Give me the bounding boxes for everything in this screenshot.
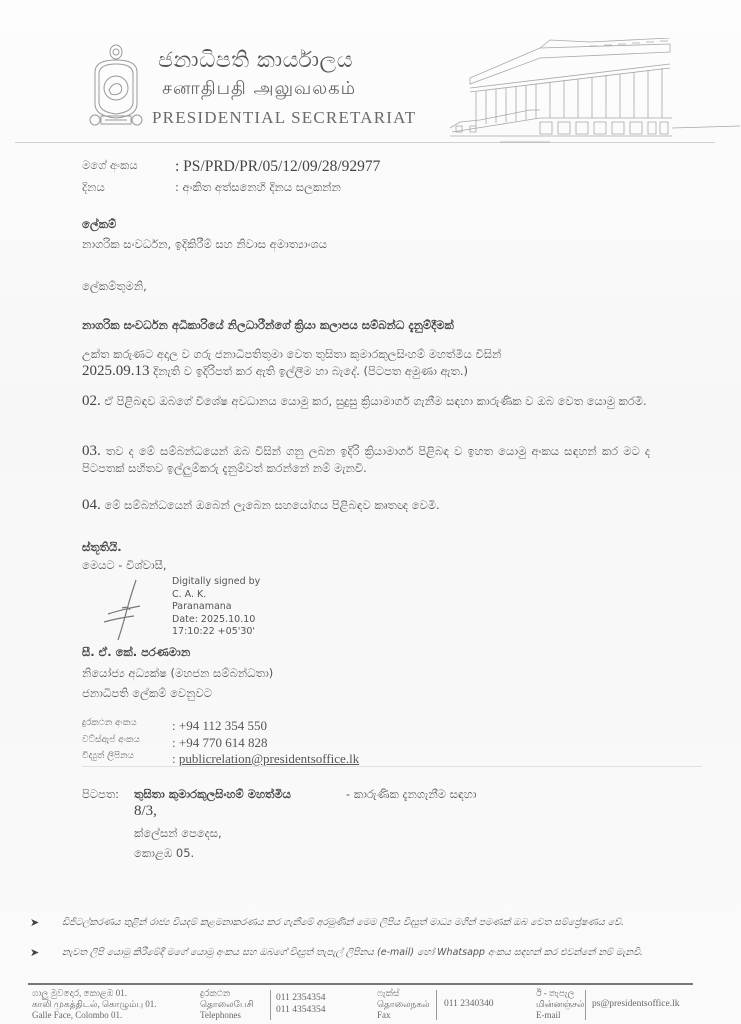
- contact-phone-row: දුරකථන අංකය : +94 112 354 550: [82, 718, 267, 734]
- copy-address-line-2: ක්ලේසන් පෙදෙස,: [134, 826, 222, 841]
- reference-label: මගේ අංකය: [82, 158, 175, 176]
- footer-note-1: ➤ ඩිජිටල්කරණය තුළින් රාජ්‍ය වියදම් කළමනා…: [30, 916, 710, 930]
- footer-address: ගාලු මුවදොර, කොළඹ 01. காலி முகத்திடல், க…: [32, 988, 157, 1021]
- copy-address-line-1: 8/3,: [134, 803, 157, 820]
- date-row: දිනය : අංකිත අත්සනෙහි දිනය සලකන්න: [82, 180, 341, 195]
- footer-telephone-labels: දුරකථන தொலைபேசி Telephones: [200, 988, 254, 1021]
- signature-mark-icon: [100, 578, 150, 643]
- signatory-position: නියෝජ්‍ය අධ්‍යක්ෂ (මහජන සම්බන්ධතා): [82, 666, 273, 681]
- paragraph-2: 02. ඒ පිළිබඳව ඔබගේ විශේෂ අවධානය යොමු කර,…: [82, 393, 650, 410]
- footer-telephone-label-tamil: தொலைபேசி: [200, 999, 254, 1010]
- contact-whatsapp-value: : +94 770 614 828: [172, 735, 267, 751]
- salutation: ලේකම්තුමනි,: [82, 279, 147, 294]
- footer-fax-label-sinhala: ෆැක්ස්: [377, 988, 430, 999]
- footer-fax: 011 2340340: [444, 999, 494, 1010]
- digital-signature-line-4: Date: 2025.10.10: [172, 614, 260, 627]
- arrow-bullet-icon: ➤: [30, 946, 62, 960]
- sri-lanka-emblem-icon: [85, 42, 147, 130]
- paragraph-1-line-1: උක්ත කරුණට අදාල ව ගරු ජනාධිපතිතුමා වෙත ත…: [82, 347, 501, 361]
- footer-fax-labels: ෆැක්ස් தொலைநகல் Fax: [377, 988, 430, 1021]
- contact-email-row: විද්‍යුත් ලිපිනය : publicrelation@presid…: [82, 751, 359, 767]
- date-value: : අංකිත අත්සනෙහි දිනය සලකන්න: [175, 180, 341, 195]
- arrow-bullet-icon: ➤: [30, 916, 62, 930]
- footer-address-english: Galle Face, Colombo 01.: [32, 1010, 157, 1021]
- contact-email-link[interactable]: publicrelation@presidentsoffice.lk: [179, 751, 359, 766]
- paragraph-1-line-2: දිනැති ව ඉදිරිපත් කර ඇති ඉල්ලීම හා බැදේ.…: [153, 364, 468, 378]
- footer-email-label-english: E-mail: [536, 1010, 584, 1021]
- footer-brace: [270, 990, 275, 1020]
- paragraph-4-text: මේ සම්බන්ධයෙන් ඔබෙන් ලැබෙන සහයෝගය පිළිබඳ…: [104, 498, 439, 512]
- recipient-title: ලේකම්: [82, 217, 116, 232]
- contact-email-value: : publicrelation@presidentsoffice.lk: [172, 751, 359, 767]
- digital-signature-line-1: Digitally signed by: [172, 576, 260, 589]
- footer-note-1-text: ඩිජිටල්කරණය තුළින් රාජ්‍ය වියදම් කළමනාකර…: [62, 916, 710, 930]
- footer-brace: [585, 990, 590, 1020]
- paragraph-1-date: 2025.09.13: [82, 363, 150, 379]
- footer-email-labels: ඊ - තැපැල மின்னஞ்சல் E-mail: [536, 988, 584, 1021]
- copy-address-line-3: කොළඹ 05.: [134, 846, 194, 861]
- closing-thanks: ස්තූතියි.: [82, 540, 122, 555]
- footer-note-2: ➤ නැවත ලිපි යොමු කිරීමේදී මගේ යොමු අංකය …: [30, 946, 710, 960]
- contact-phone-value: : +94 112 354 550: [172, 718, 267, 734]
- footer-telephone-1: 011 2354354: [276, 993, 326, 1004]
- digital-signature-line-2: C. A. K.: [172, 589, 260, 602]
- subject-line: නාගරික සංවර්ධන අධිකාරියේ නිලධාරීන්ගේ ක්‍…: [82, 318, 454, 333]
- digital-signature-block: Digitally signed by C. A. K. Paranamana …: [172, 576, 260, 639]
- contact-email-prefix: :: [172, 751, 179, 766]
- footer-telephone-label-english: Telephones: [200, 1010, 254, 1021]
- presidential-secretariat-building-icon: [440, 38, 740, 148]
- footer-fax-label-tamil: தொலைநகல்: [377, 999, 430, 1010]
- digital-signature-line-5: 17:10:22 +05'30': [172, 626, 260, 639]
- paragraph-1: උක්ත කරුණට අදාල ව ගරු ජනාධිපතිතුමා වෙත ත…: [82, 346, 650, 380]
- footer-telephone-label-sinhala: දුරකථන: [200, 988, 254, 999]
- paragraph-2-text: ඒ පිළිබඳව ඔබගේ විශේෂ අවධානය යොමු කර, සුද…: [104, 394, 646, 408]
- paragraph-2-number: 02.: [82, 393, 101, 409]
- reference-row: මගේ අංකය : PS/PRD/PR/05/12/09/28/92977: [82, 158, 380, 176]
- footer-brace: [436, 990, 441, 1020]
- footer-divider: [28, 983, 693, 985]
- footer-email[interactable]: ps@presidentsoffice.lk: [592, 999, 679, 1010]
- paragraph-3: 03. තව ද මේ සම්බන්ධයෙන් ඔබ විසින් ගනු ලබ…: [82, 443, 650, 477]
- footer-telephone-2: 011 4354354: [276, 1005, 326, 1016]
- copy-label: පිටපත:: [82, 787, 119, 802]
- footer-address-tamil: காலி முகத்திடல், கொழும்பு 01.: [32, 999, 157, 1010]
- copy-purpose: - කාරුණික දැනගැනීම සඳහා: [346, 787, 477, 802]
- copy-recipient-name: තුසිතා කුමාරකුලසිංහම් මහත්මිය: [134, 787, 291, 802]
- paragraph-4: 04. මේ සම්බන්ධයෙන් ඔබෙන් ලැබෙන සහයෝගය පි…: [82, 497, 650, 514]
- footer-email-label-sinhala: ඊ - තැපැල: [536, 988, 584, 999]
- paragraph-3-text: තව ද මේ සම්බන්ධයෙන් ඔබ විසින් ගනු ලබන ඉද…: [82, 444, 650, 475]
- footer-note-2-text: නැවත ලිපි යොමු කිරීමේදී මගේ යොමු අංකය සහ…: [62, 946, 710, 960]
- footer-address-sinhala: ගාලු මුවදොර, කොළඹ 01.: [32, 988, 157, 999]
- letterhead-title-sinhala: ජනාධිපති කාර්යාලය: [158, 48, 353, 73]
- contact-divider: [82, 766, 702, 767]
- letterhead-title-english: PRESIDENTIAL SECRETARIAT: [152, 108, 416, 128]
- date-label: දිනය: [82, 180, 175, 195]
- recipient-ministry: නාගරික සංවර්ධන, ඉදිකිරීම් සහ නිවාස අමාත්…: [82, 237, 327, 252]
- contact-whatsapp-label: වට්ස්ඇප් අංකය: [82, 735, 172, 751]
- contact-whatsapp-row: වට්ස්ඇප් අංකය : +94 770 614 828: [82, 735, 267, 751]
- signatory-on-behalf: ජනාධිපති ලේකම් වෙනුවට: [82, 686, 212, 701]
- paragraph-4-number: 04.: [82, 497, 101, 513]
- contact-phone-label: දුරකථන අංකය: [82, 718, 172, 734]
- paragraph-3-number: 03.: [82, 443, 101, 459]
- letterhead-title-tamil: சனாதிபதி அலுவலகம்: [162, 78, 356, 101]
- digital-signature-line-3: Paranamana: [172, 601, 260, 614]
- reference-number: : PS/PRD/PR/05/12/09/28/92977: [175, 158, 380, 176]
- footer-fax-label-english: Fax: [377, 1010, 430, 1021]
- signatory-name: සී. ඒ. කේ. පරණමාන: [82, 645, 190, 660]
- closing-yours: මෙයට - විශ්වාසී,: [82, 558, 167, 573]
- footer-email-label-tamil: மின்னஞ்சல்: [536, 999, 584, 1010]
- contact-email-label: විද්‍යුත් ලිපිනය: [82, 751, 172, 767]
